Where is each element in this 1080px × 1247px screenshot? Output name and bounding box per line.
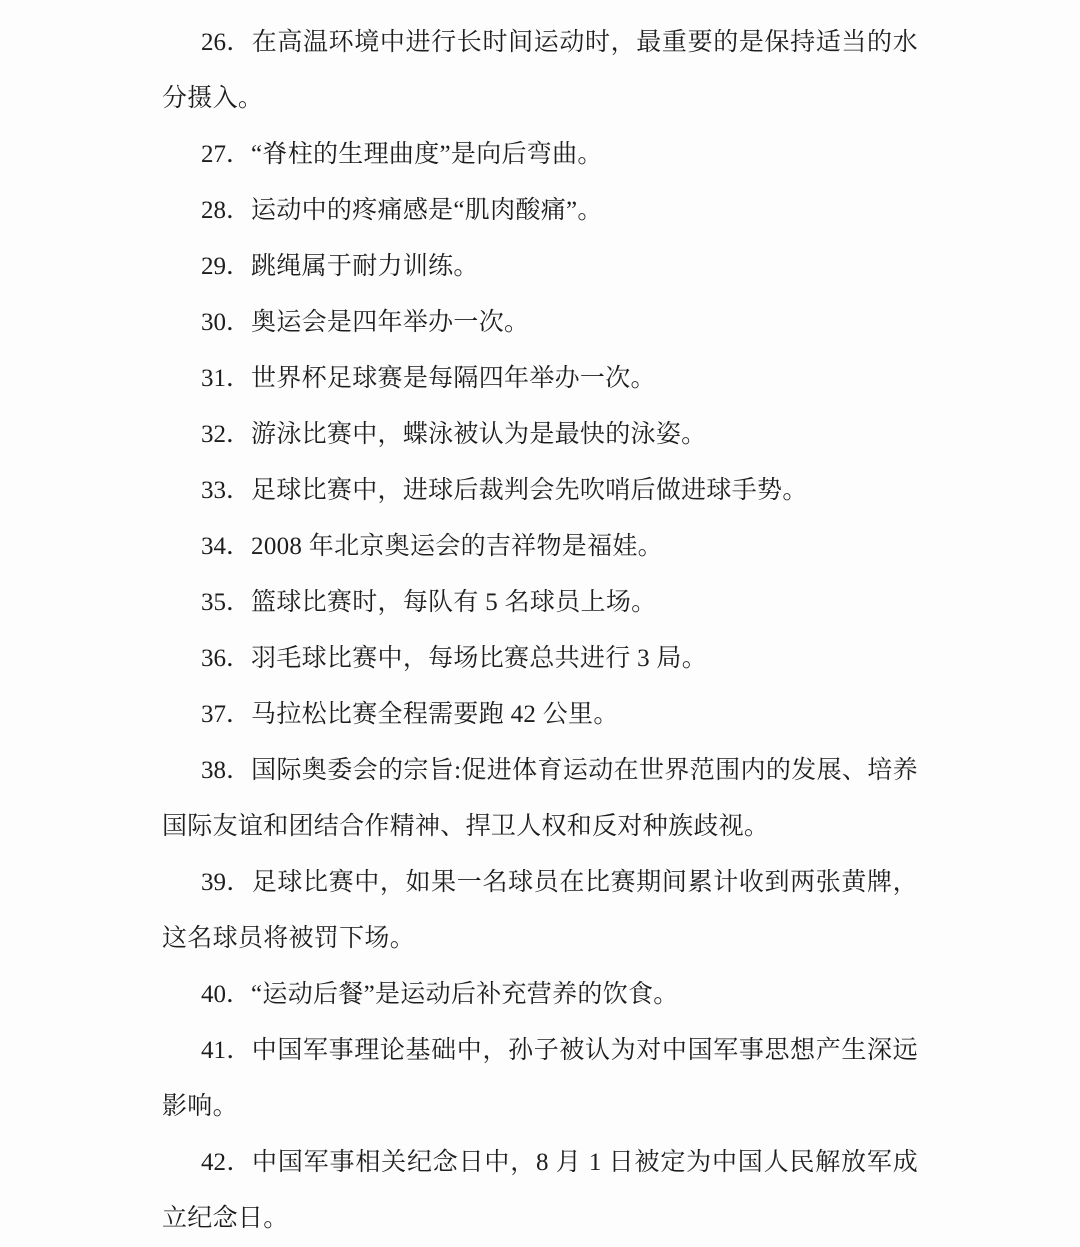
item-text: 马拉松比赛全程需要跑 42 公里。 bbox=[251, 701, 619, 728]
statement-item-35: 35．篮球比赛时，每队有 5 名球员上场。 bbox=[162, 575, 918, 631]
item-text: 中国军事相关纪念日中，8 月 1 日被定为中国人民解放军成立纪念日。 bbox=[162, 1149, 918, 1232]
item-text: 奥运会是四年举办一次。 bbox=[251, 309, 529, 336]
item-number: 39． bbox=[201, 869, 252, 896]
statement-item-38: 38．国际奥委会的宗旨:促进体育运动在世界范围内的发展、培养国际友谊和团结合作精… bbox=[162, 743, 918, 855]
item-text: “运动后餐”是运动后补充营养的饮食。 bbox=[251, 981, 679, 1008]
item-number: 36． bbox=[201, 645, 251, 672]
item-number: 33． bbox=[201, 477, 251, 504]
item-text: 在高温环境中进行长时间运动时，最重要的是保持适当的水分摄入。 bbox=[162, 29, 918, 112]
item-number: 28． bbox=[201, 197, 251, 224]
item-number: 42． bbox=[201, 1149, 252, 1176]
item-text: 篮球比赛时，每队有 5 名球员上场。 bbox=[251, 589, 656, 616]
item-number: 37． bbox=[201, 701, 251, 728]
item-text: 2008 年北京奥运会的吉祥物是福娃。 bbox=[251, 533, 663, 560]
item-text: 运动中的疼痛感是“肌肉酸痛”。 bbox=[251, 197, 603, 224]
item-text: 跳绳属于耐力训练。 bbox=[251, 253, 479, 280]
statement-item-36: 36．羽毛球比赛中，每场比赛总共进行 3 局。 bbox=[162, 631, 918, 687]
item-text: “脊柱的生理曲度”是向后弯曲。 bbox=[251, 141, 603, 168]
item-text: 羽毛球比赛中，每场比赛总共进行 3 局。 bbox=[251, 645, 707, 672]
statement-item-42: 42．中国军事相关纪念日中，8 月 1 日被定为中国人民解放军成立纪念日。 bbox=[162, 1135, 918, 1247]
item-text: 游泳比赛中，蝶泳被认为是最快的泳姿。 bbox=[251, 421, 706, 448]
item-number: 34． bbox=[201, 533, 251, 560]
item-number: 31． bbox=[201, 365, 251, 392]
statement-item-31: 31．世界杯足球赛是每隔四年举办一次。 bbox=[162, 351, 918, 407]
item-number: 30． bbox=[201, 309, 251, 336]
statement-item-39: 39．足球比赛中，如果一名球员在比赛期间累计收到两张黄牌，这名球员将被罚下场。 bbox=[162, 855, 918, 967]
statement-item-41: 41．中国军事理论基础中，孙子被认为对中国军事思想产生深远影响。 bbox=[162, 1023, 918, 1135]
statement-item-32: 32．游泳比赛中，蝶泳被认为是最快的泳姿。 bbox=[162, 407, 918, 463]
statement-item-26: 26．在高温环境中进行长时间运动时，最重要的是保持适当的水分摄入。 bbox=[162, 15, 918, 127]
item-number: 26． bbox=[201, 29, 252, 56]
item-number: 35． bbox=[201, 589, 251, 616]
statement-item-30: 30．奥运会是四年举办一次。 bbox=[162, 295, 918, 351]
statement-item-37: 37．马拉松比赛全程需要跑 42 公里。 bbox=[162, 687, 918, 743]
statement-item-27: 27．“脊柱的生理曲度”是向后弯曲。 bbox=[162, 127, 918, 183]
item-number: 41． bbox=[201, 1037, 252, 1064]
item-number: 32． bbox=[201, 421, 251, 448]
item-number: 29． bbox=[201, 253, 251, 280]
item-text: 国际奥委会的宗旨:促进体育运动在世界范围内的发展、培养国际友谊和团结合作精神、捍… bbox=[162, 757, 918, 840]
item-text: 世界杯足球赛是每隔四年举办一次。 bbox=[251, 365, 656, 392]
item-number: 40． bbox=[201, 981, 251, 1008]
statement-item-34: 34．2008 年北京奥运会的吉祥物是福娃。 bbox=[162, 519, 918, 575]
statement-item-29: 29．跳绳属于耐力训练。 bbox=[162, 239, 918, 295]
statement-item-40: 40．“运动后餐”是运动后补充营养的饮食。 bbox=[162, 967, 918, 1023]
document-page: 26．在高温环境中进行长时间运动时，最重要的是保持适当的水分摄入。 27．“脊柱… bbox=[0, 0, 1080, 1247]
statement-item-28: 28．运动中的疼痛感是“肌肉酸痛”。 bbox=[162, 183, 918, 239]
item-number: 38． bbox=[201, 757, 251, 784]
item-number: 27． bbox=[201, 141, 251, 168]
statement-item-33: 33．足球比赛中，进球后裁判会先吹哨后做进球手势。 bbox=[162, 463, 918, 519]
item-text: 中国军事理论基础中，孙子被认为对中国军事思想产生深远影响。 bbox=[162, 1037, 918, 1120]
item-text: 足球比赛中，如果一名球员在比赛期间累计收到两张黄牌，这名球员将被罚下场。 bbox=[162, 869, 918, 952]
item-text: 足球比赛中，进球后裁判会先吹哨后做进球手势。 bbox=[251, 477, 808, 504]
